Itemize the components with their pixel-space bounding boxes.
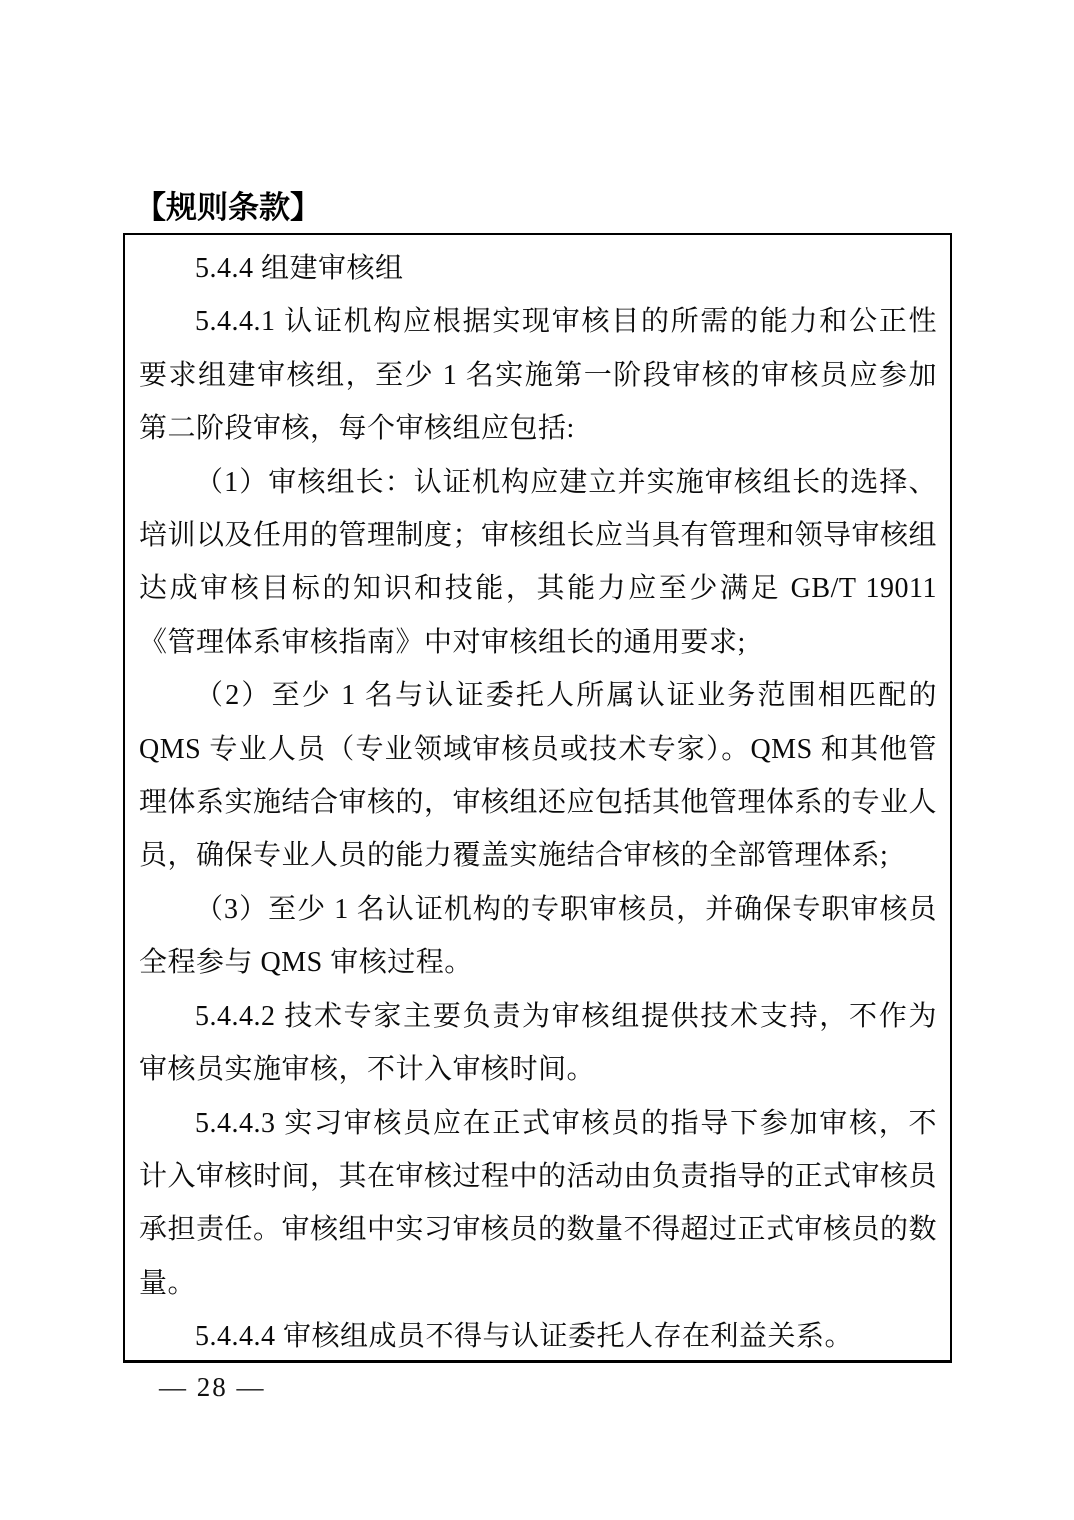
clause-paragraph-5442: 5.4.4.2 技术专家主要负责为审核组提供技术支持，不作为审核员实施审核，不计… — [139, 990, 937, 1097]
page-number: — 28 — — [159, 1372, 266, 1403]
clause-paragraph-5443: 5.4.4.3 实习审核员应在正式审核员的指导下参加审核，不计入审核时间，其在审… — [139, 1097, 937, 1311]
clause-box: 5.4.4 组建审核组 5.4.4.1 认证机构应根据实现审核目的所需的能力和公… — [123, 233, 952, 1363]
clause-paragraph-5441: 5.4.4.1 认证机构应根据实现审核目的所需的能力和公正性要求组建审核组，至少… — [139, 295, 937, 455]
clause-paragraph-item-3: （3）至少 1 名认证机构的专职审核员，并确保专职审核员全程参与 QMS 审核过… — [139, 883, 937, 990]
clause-paragraph-5444: 5.4.4.4 审核组成员不得与认证委托人存在利益关系。 — [139, 1310, 937, 1363]
clause-paragraph-item-2: （2）至少 1 名与认证委托人所属认证业务范围相匹配的 QMS 专业人员（专业领… — [139, 669, 937, 883]
clause-paragraph-item-1: （1）审核组长：认证机构应建立并实施审核组长的选择、培训以及任用的管理制度；审核… — [139, 456, 937, 670]
document-page: 【规则条款】 5.4.4 组建审核组 5.4.4.1 认证机构应根据实现审核目的… — [0, 0, 1074, 1520]
section-heading: 【规则条款】 — [135, 188, 321, 228]
clause-paragraph-544: 5.4.4 组建审核组 — [139, 242, 937, 295]
